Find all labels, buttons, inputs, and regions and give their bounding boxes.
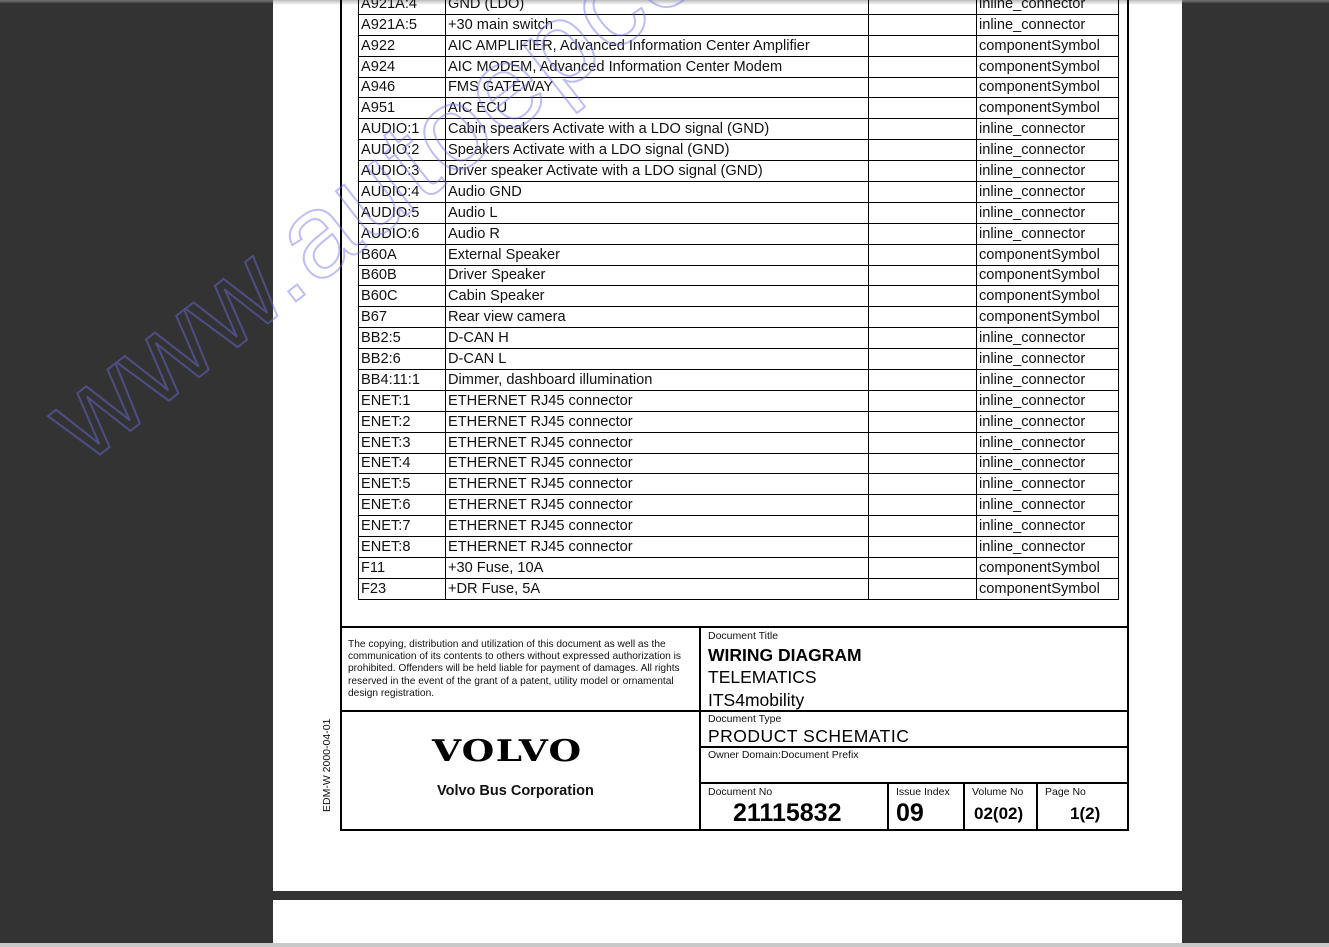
- component-type: inline_connector: [977, 182, 1119, 203]
- component-description: AIC AMPLIFIER, Advanced Information Cent…: [446, 35, 869, 56]
- component-type: inline_connector: [977, 411, 1119, 432]
- component-extra: [869, 0, 977, 14]
- component-description: Audio L: [446, 202, 869, 223]
- table-row: ENET:7ETHERNET RJ45 connectorinline_conn…: [359, 516, 1119, 537]
- component-type: inline_connector: [977, 119, 1119, 140]
- component-extra: [869, 35, 977, 56]
- table-row: ENET:1ETHERNET RJ45 connectorinline_conn…: [359, 390, 1119, 411]
- component-id: AUDIO:5: [359, 202, 446, 223]
- next-document-page: [273, 900, 1182, 947]
- component-extra: [869, 411, 977, 432]
- component-id: ENET:7: [359, 516, 446, 537]
- component-id: B60C: [359, 286, 446, 307]
- table-row: B60AExternal SpeakercomponentSymbol: [359, 244, 1119, 265]
- component-description: ETHERNET RJ45 connector: [446, 537, 869, 558]
- component-description: ETHERNET RJ45 connector: [446, 474, 869, 495]
- page-no-label: Page No: [1045, 786, 1086, 798]
- component-id: A921A:5: [359, 14, 446, 35]
- component-id: B60B: [359, 265, 446, 286]
- page-no: 1(2): [1070, 804, 1100, 824]
- component-description: AIC MODEM, Advanced Information Center M…: [446, 56, 869, 77]
- component-extra: [869, 244, 977, 265]
- table-row: ENET:5ETHERNET RJ45 connectorinline_conn…: [359, 474, 1119, 495]
- table-row: A921A:5+30 main switchinline_connector: [359, 14, 1119, 35]
- document-subtitle-2: ITS4mobility: [708, 690, 804, 711]
- component-type: componentSymbol: [977, 558, 1119, 579]
- component-id: ENET:3: [359, 432, 446, 453]
- component-id: AUDIO:2: [359, 140, 446, 161]
- component-description: +30 Fuse, 10A: [446, 558, 869, 579]
- component-description: +DR Fuse, 5A: [446, 578, 869, 599]
- table-row: AUDIO:2Speakers Activate with a LDO sign…: [359, 140, 1119, 161]
- component-id: ENET:4: [359, 453, 446, 474]
- table-row: A922AIC AMPLIFIER, Advanced Information …: [359, 35, 1119, 56]
- component-extra: [869, 328, 977, 349]
- drawing-frame-left: [340, 0, 342, 831]
- component-description: Cabin speakers Activate with a LDO signa…: [446, 119, 869, 140]
- title-block-divider: [699, 626, 701, 831]
- title-block-top-border: [340, 626, 1129, 628]
- component-description: D-CAN L: [446, 349, 869, 370]
- component-type: inline_connector: [977, 474, 1119, 495]
- component-description: Speakers Activate with a LDO signal (GND…: [446, 140, 869, 161]
- component-extra: [869, 56, 977, 77]
- table-row: F23+DR Fuse, 5AcomponentSymbol: [359, 578, 1119, 599]
- component-extra: [869, 140, 977, 161]
- component-id: A924: [359, 56, 446, 77]
- component-type: inline_connector: [977, 516, 1119, 537]
- document-type-label: Document Type: [708, 713, 781, 725]
- document-subtitle: TELEMATICS: [708, 667, 817, 688]
- component-type: inline_connector: [977, 0, 1119, 14]
- volume-no: 02(02): [974, 804, 1023, 824]
- table-row: AUDIO:3Driver speaker Activate with a LD…: [359, 161, 1119, 182]
- issue-index: 09: [896, 799, 924, 828]
- component-id: F11: [359, 558, 446, 579]
- table-row: B60CCabin SpeakercomponentSymbol: [359, 286, 1119, 307]
- component-extra: [869, 558, 977, 579]
- component-description: Dimmer, dashboard illumination: [446, 370, 869, 391]
- component-extra: [869, 223, 977, 244]
- component-extra: [869, 495, 977, 516]
- table-row: AUDIO:5Audio Linline_connector: [359, 202, 1119, 223]
- component-extra: [869, 537, 977, 558]
- table-row: AUDIO:1Cabin speakers Activate with a LD…: [359, 119, 1119, 140]
- component-description: Audio R: [446, 223, 869, 244]
- volume-no-label: Volume No: [972, 786, 1023, 798]
- component-id: BB4:11:1: [359, 370, 446, 391]
- component-extra: [869, 474, 977, 495]
- component-type: inline_connector: [977, 161, 1119, 182]
- component-extra: [869, 14, 977, 35]
- component-extra: [869, 77, 977, 98]
- component-id: B67: [359, 307, 446, 328]
- table-row: A921A:4GND (LDO)inline_connector: [359, 0, 1119, 14]
- component-type: componentSymbol: [977, 286, 1119, 307]
- component-id: B60A: [359, 244, 446, 265]
- table-row: BB2:6D-CAN Linline_connector: [359, 349, 1119, 370]
- component-extra: [869, 98, 977, 119]
- table-row: AUDIO:6Audio Rinline_connector: [359, 223, 1119, 244]
- component-description: ETHERNET RJ45 connector: [446, 432, 869, 453]
- component-description: ETHERNET RJ45 connector: [446, 495, 869, 516]
- issue-index-label: Issue Index: [896, 786, 950, 798]
- table-row: BB4:11:1Dimmer, dashboard illuminationin…: [359, 370, 1119, 391]
- component-description: D-CAN H: [446, 328, 869, 349]
- component-extra: [869, 390, 977, 411]
- component-extra: [869, 432, 977, 453]
- table-row: F11+30 Fuse, 10AcomponentSymbol: [359, 558, 1119, 579]
- form-code: EDM-W 2000-04-01: [321, 719, 333, 812]
- component-id: AUDIO:3: [359, 161, 446, 182]
- component-extra: [869, 182, 977, 203]
- component-extra: [869, 119, 977, 140]
- component-extra: [869, 307, 977, 328]
- component-extra: [869, 578, 977, 599]
- title-block-vline: [887, 782, 889, 831]
- component-description: AIC ECU: [446, 98, 869, 119]
- table-row: AUDIO:4Audio GNDinline_connector: [359, 182, 1119, 203]
- table-row: ENET:2ETHERNET RJ45 connectorinline_conn…: [359, 411, 1119, 432]
- component-id: A951: [359, 98, 446, 119]
- component-description: Rear view camera: [446, 307, 869, 328]
- component-description: External Speaker: [446, 244, 869, 265]
- component-extra: [869, 286, 977, 307]
- component-id: AUDIO:1: [359, 119, 446, 140]
- component-description: Audio GND: [446, 182, 869, 203]
- component-id: F23: [359, 578, 446, 599]
- component-extra: [869, 349, 977, 370]
- document-type: PRODUCT SCHEMATIC: [708, 726, 909, 747]
- component-type: inline_connector: [977, 537, 1119, 558]
- title-block-vline: [1036, 782, 1038, 831]
- component-description: FMS GATEWAY: [446, 77, 869, 98]
- component-description: ETHERNET RJ45 connector: [446, 453, 869, 474]
- component-description: ETHERNET RJ45 connector: [446, 411, 869, 432]
- component-description: Cabin Speaker: [446, 286, 869, 307]
- component-type: componentSymbol: [977, 265, 1119, 286]
- component-id: ENET:1: [359, 390, 446, 411]
- component-type: componentSymbol: [977, 307, 1119, 328]
- component-type: componentSymbol: [977, 244, 1119, 265]
- component-type: inline_connector: [977, 432, 1119, 453]
- component-type: inline_connector: [977, 328, 1119, 349]
- company-name: Volvo Bus Corporation: [437, 783, 594, 799]
- component-list-table: A921A:4GND (LDO)inline_connectorA921A:5+…: [358, 0, 1119, 600]
- component-type: inline_connector: [977, 370, 1119, 391]
- table-row: ENET:8ETHERNET RJ45 connectorinline_conn…: [359, 537, 1119, 558]
- table-row: B67Rear view cameracomponentSymbol: [359, 307, 1119, 328]
- component-id: A946: [359, 77, 446, 98]
- title-block-hline: [699, 782, 1129, 784]
- component-extra: [869, 370, 977, 391]
- title-block-vline: [963, 782, 965, 831]
- document-title: WIRING DIAGRAM: [708, 645, 862, 666]
- legal-notice: The copying, distribution and utilizatio…: [348, 639, 698, 700]
- component-id: BB2:6: [359, 349, 446, 370]
- component-id: ENET:2: [359, 411, 446, 432]
- viewer-bottom-edge: [0, 943, 1329, 947]
- component-description: Driver speaker Activate with a LDO signa…: [446, 161, 869, 182]
- component-type: inline_connector: [977, 349, 1119, 370]
- title-block-bottom-border: [340, 829, 1129, 831]
- component-extra: [869, 516, 977, 537]
- component-description: Driver Speaker: [446, 265, 869, 286]
- component-id: A921A:4: [359, 0, 446, 14]
- component-id: ENET:8: [359, 537, 446, 558]
- component-id: ENET:6: [359, 495, 446, 516]
- component-type: inline_connector: [977, 202, 1119, 223]
- component-description: +30 main switch: [446, 14, 869, 35]
- component-type: inline_connector: [977, 453, 1119, 474]
- component-type: componentSymbol: [977, 56, 1119, 77]
- component-type: componentSymbol: [977, 77, 1119, 98]
- table-row: A946FMS GATEWAYcomponentSymbol: [359, 77, 1119, 98]
- table-row: ENET:6ETHERNET RJ45 connectorinline_conn…: [359, 495, 1119, 516]
- component-type: componentSymbol: [977, 578, 1119, 599]
- component-type: inline_connector: [977, 390, 1119, 411]
- component-description: ETHERNET RJ45 connector: [446, 516, 869, 537]
- owner-domain-label: Owner Domain:Document Prefix: [708, 749, 859, 761]
- component-type: inline_connector: [977, 495, 1119, 516]
- component-extra: [869, 161, 977, 182]
- component-extra: [869, 265, 977, 286]
- component-id: A922: [359, 35, 446, 56]
- component-type: componentSymbol: [977, 98, 1119, 119]
- table-row: B60BDriver SpeakercomponentSymbol: [359, 265, 1119, 286]
- document-title-label: Document Title: [708, 630, 778, 642]
- table-row: A951AIC ECUcomponentSymbol: [359, 98, 1119, 119]
- document-no-label: Document No: [708, 786, 772, 798]
- table-row: ENET:3ETHERNET RJ45 connectorinline_conn…: [359, 432, 1119, 453]
- component-id: AUDIO:6: [359, 223, 446, 244]
- volvo-logo: VOLVO: [432, 734, 582, 769]
- table-row: BB2:5D-CAN Hinline_connector: [359, 328, 1119, 349]
- component-type: inline_connector: [977, 140, 1119, 161]
- component-id: BB2:5: [359, 328, 446, 349]
- component-type: inline_connector: [977, 14, 1119, 35]
- component-type: inline_connector: [977, 223, 1119, 244]
- component-type: componentSymbol: [977, 35, 1119, 56]
- component-id: AUDIO:4: [359, 182, 446, 203]
- component-description: ETHERNET RJ45 connector: [446, 390, 869, 411]
- component-extra: [869, 453, 977, 474]
- table-row: ENET:4ETHERNET RJ45 connectorinline_conn…: [359, 453, 1119, 474]
- drawing-frame-right: [1127, 0, 1129, 831]
- table-row: A924AIC MODEM, Advanced Information Cent…: [359, 56, 1119, 77]
- component-extra: [869, 202, 977, 223]
- component-id: ENET:5: [359, 474, 446, 495]
- component-description: GND (LDO): [446, 0, 869, 14]
- document-no: 21115832: [733, 799, 841, 828]
